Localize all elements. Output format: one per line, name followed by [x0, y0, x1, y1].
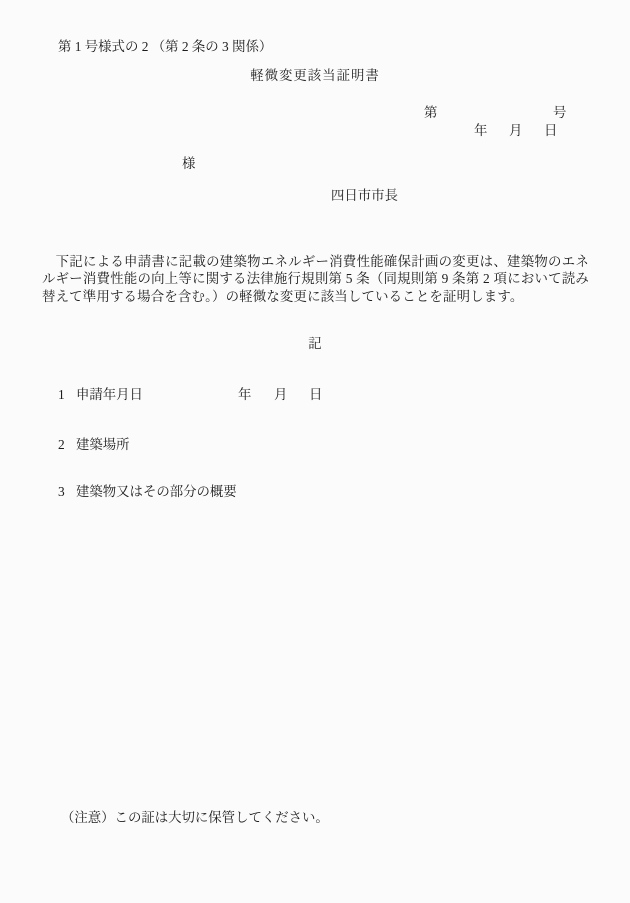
item1-year-label: 年	[238, 388, 251, 401]
issuer-name: 四日市市長	[331, 189, 398, 202]
item1-month-label: 月	[274, 388, 287, 401]
item2-number: 2	[58, 438, 65, 451]
issue-date-year-label: 年	[474, 124, 487, 137]
item1-day-label: 日	[309, 388, 322, 401]
item1-number: 1	[58, 388, 65, 401]
body-paragraph: 下記による申請書に記載の建築物エネルギー消費性能確保計画の変更は、建築物のエネル…	[42, 253, 589, 305]
item2-label: 建築場所	[76, 438, 130, 451]
item3-number: 3	[58, 485, 65, 498]
item3-label: 建築物又はその部分の概要	[76, 485, 237, 498]
caution-note: （注意）この証は大切に保管してください。	[61, 811, 329, 824]
document-title: 軽微変更該当証明書	[0, 69, 630, 82]
list-heading: 記	[0, 337, 630, 350]
certificate-document-page: 第 1 号様式の 2 （第 2 条の 3 関係） 軽微変更該当証明書 第 号 年…	[0, 0, 630, 903]
doc-number-prefix: 第	[424, 106, 437, 119]
addressee-honorific: 様	[182, 157, 195, 170]
issue-date-month-label: 月	[509, 124, 522, 137]
doc-number-suffix: 号	[553, 106, 566, 119]
form-id: 第 1 号様式の 2 （第 2 条の 3 関係）	[58, 40, 272, 53]
item1-label: 申請年月日	[76, 388, 143, 401]
issue-date-day-label: 日	[544, 124, 557, 137]
